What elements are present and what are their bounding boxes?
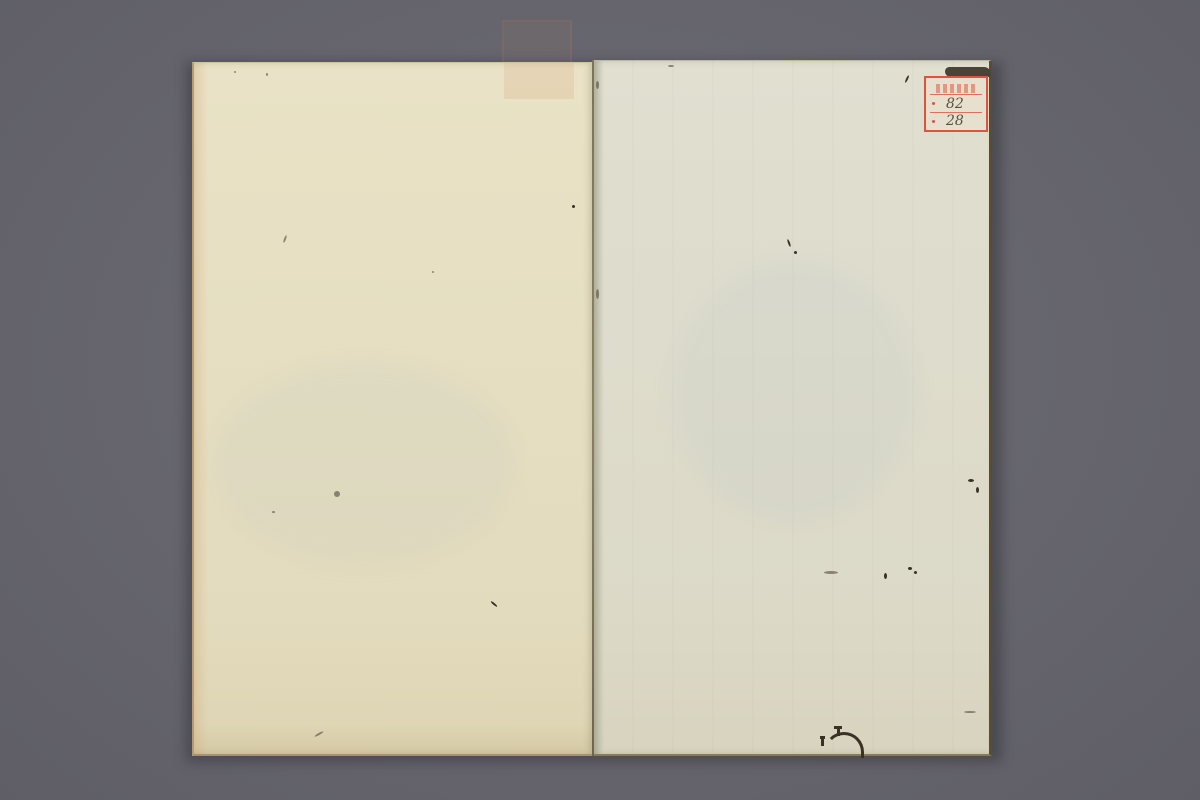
ink-spot (572, 205, 575, 208)
ghost-stamp-row (512, 28, 562, 51)
stamp-mark (932, 102, 935, 105)
ink-spot (908, 567, 912, 570)
library-stamp: 82 28 (924, 76, 988, 132)
ink-spot (334, 491, 340, 497)
left-page (192, 62, 593, 756)
ink-spot (272, 511, 275, 513)
ink-spot (234, 71, 236, 73)
right-page-discoloration (674, 261, 914, 521)
stamp-header-row (930, 80, 982, 95)
ink-spot (314, 731, 324, 738)
left-page-stain (504, 63, 574, 99)
ink-spot (668, 65, 674, 67)
ink-line (964, 711, 976, 713)
ink-spot (968, 479, 974, 482)
ink-spot (283, 235, 288, 243)
binding-thread-mark (596, 81, 599, 89)
ink-spot (914, 571, 917, 574)
ink-spot (884, 573, 887, 579)
tear-fragment (837, 726, 840, 736)
stamp-characters (936, 84, 976, 93)
ink-spot (266, 73, 268, 76)
binding-thread-mark (596, 289, 599, 299)
ink-spot (432, 271, 434, 273)
ink-spot (794, 251, 797, 254)
stamp-number-bottom: 28 (946, 114, 964, 128)
ink-smudge (824, 571, 838, 574)
ink-spot (976, 487, 979, 493)
tear-fragment (821, 736, 824, 746)
stamp-mark (932, 120, 935, 123)
stamp-number-top: 82 (946, 97, 964, 111)
left-page-discoloration (214, 363, 514, 563)
right-page (594, 60, 992, 756)
ink-spot (490, 601, 497, 608)
